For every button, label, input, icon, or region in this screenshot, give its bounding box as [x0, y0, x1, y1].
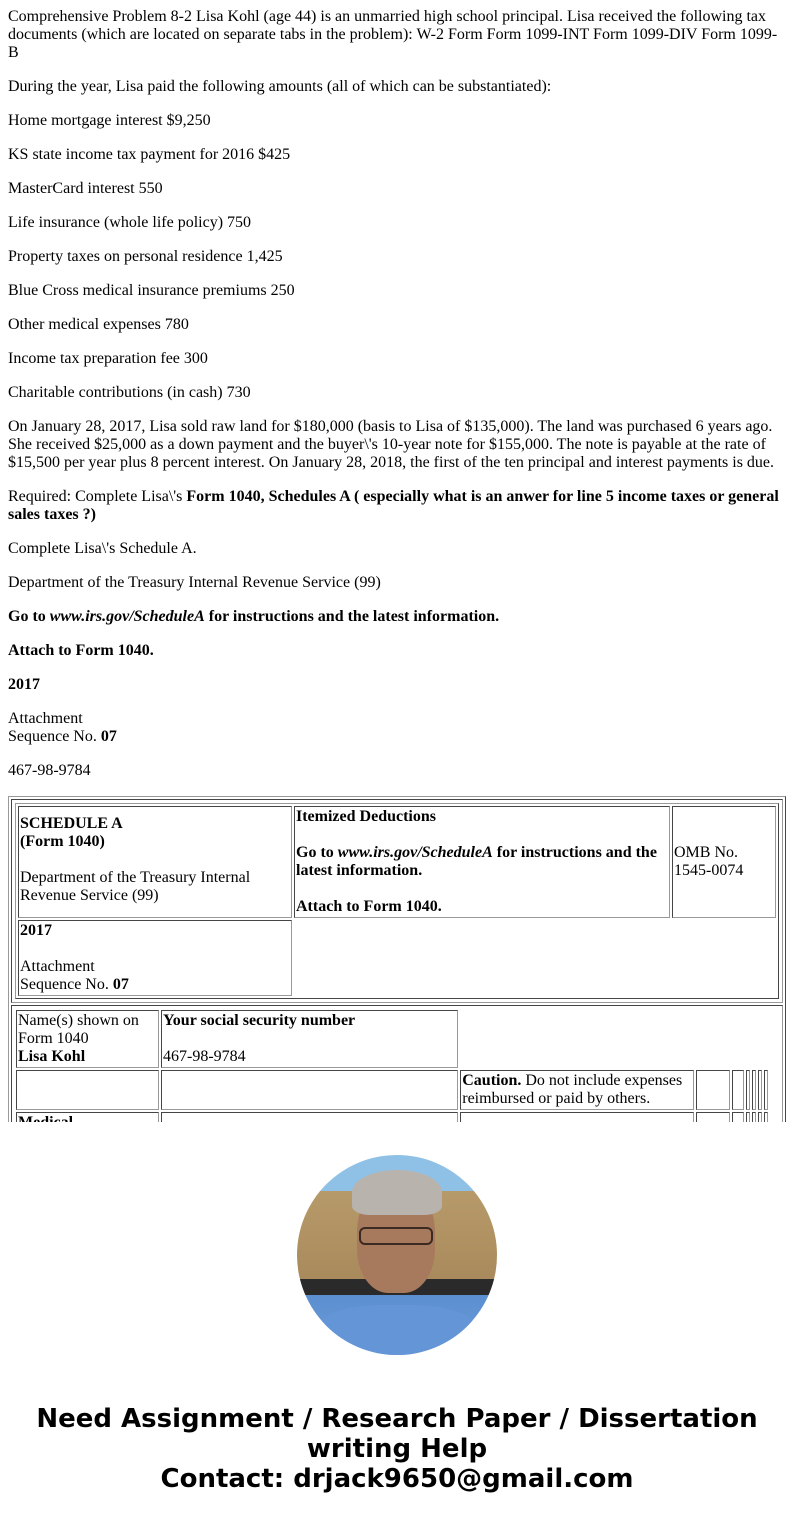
- attach-note: Attach to Form 1040.: [8, 642, 786, 660]
- line-1-label: Medical and dental expenses (see: [460, 1112, 694, 1122]
- expense-item: KS state income tax payment for 2016 $42…: [8, 146, 786, 164]
- schedule-title-cell: SCHEDULE A (Form 1040) Department of the…: [18, 806, 292, 918]
- avatar-photo: [297, 1155, 497, 1355]
- expense-item: Home mortgage interest $9,250: [8, 112, 786, 130]
- glasses-icon: [359, 1227, 433, 1245]
- ssn-value: 467-98-9784: [163, 1048, 246, 1065]
- irs-link[interactable]: www.irs.gov/ScheduleA: [50, 608, 205, 625]
- schedule-irs-link[interactable]: www.irs.gov/ScheduleA: [338, 844, 493, 861]
- form-body: Name(s) shown on Form 1040 Lisa Kohl You…: [14, 1008, 774, 1122]
- document: Comprehensive Problem 8-2 Lisa Kohl (age…: [8, 0, 786, 1122]
- complete-instruction: Complete Lisa\'s Schedule A.: [8, 540, 786, 558]
- ad-text: Need Assignment / Research Paper / Disse…: [0, 1404, 794, 1494]
- section-medical: Medicaland: [16, 1112, 159, 1122]
- year-cell: 2017 Attachment Sequence No. 07: [18, 920, 292, 996]
- department: Department of the Treasury Internal Reve…: [8, 574, 786, 592]
- schedule-a-form: SCHEDULE A (Form 1040) Department of the…: [8, 796, 786, 1122]
- problem-intro: Comprehensive Problem 8-2 Lisa Kohl (age…: [8, 8, 786, 62]
- goto-instructions: Go to www.irs.gov/ScheduleA for instruct…: [8, 608, 786, 626]
- caution-note: Caution. Do not include expenses reimbur…: [460, 1070, 694, 1110]
- taxpayer-name: Lisa Kohl: [18, 1048, 85, 1065]
- ssn-text: 467-98-9784: [8, 762, 786, 780]
- ssn-cell: Your social security number 467-98-9784: [161, 1010, 458, 1068]
- expense-item: Blue Cross medical insurance premiums 25…: [8, 282, 786, 300]
- land-sale: On January 28, 2017, Lisa sold raw land …: [8, 418, 786, 472]
- form-header: SCHEDULE A (Form 1040) Department of the…: [15, 803, 779, 999]
- line-1-box[interactable]: 1: [696, 1112, 730, 1122]
- required: Required: Complete Lisa\'s Form 1040, Sc…: [8, 488, 786, 524]
- line-1-number: 1: [161, 1112, 458, 1122]
- paid-intro: During the year, Lisa paid the following…: [8, 78, 786, 96]
- expense-item: Other medical expenses 780: [8, 316, 786, 334]
- form-heading-cell: Itemized Deductions Go to www.irs.gov/Sc…: [294, 806, 670, 918]
- expense-item: Charitable contributions (in cash) 730: [8, 384, 786, 402]
- expense-item: MasterCard interest 550: [8, 180, 786, 198]
- omb-number: OMB No. 1545-0074: [672, 806, 776, 918]
- expense-item: Property taxes on personal residence 1,4…: [8, 248, 786, 266]
- expense-item: Life insurance (whole life policy) 750: [8, 214, 786, 232]
- advertisement: Need Assignment / Research Paper / Disse…: [0, 1122, 794, 1523]
- expense-item: Income tax preparation fee 300: [8, 350, 786, 368]
- attachment-seq: AttachmentSequence No. 07: [8, 710, 786, 746]
- line-1-amount-field[interactable]: [732, 1112, 744, 1122]
- expense-list: Home mortgage interest $9,250KS state in…: [8, 112, 786, 402]
- tax-year: 2017: [8, 676, 786, 694]
- contact-email[interactable]: Contact: drjack9650@gmail.com: [0, 1464, 794, 1494]
- name-cell: Name(s) shown on Form 1040 Lisa Kohl: [16, 1010, 159, 1068]
